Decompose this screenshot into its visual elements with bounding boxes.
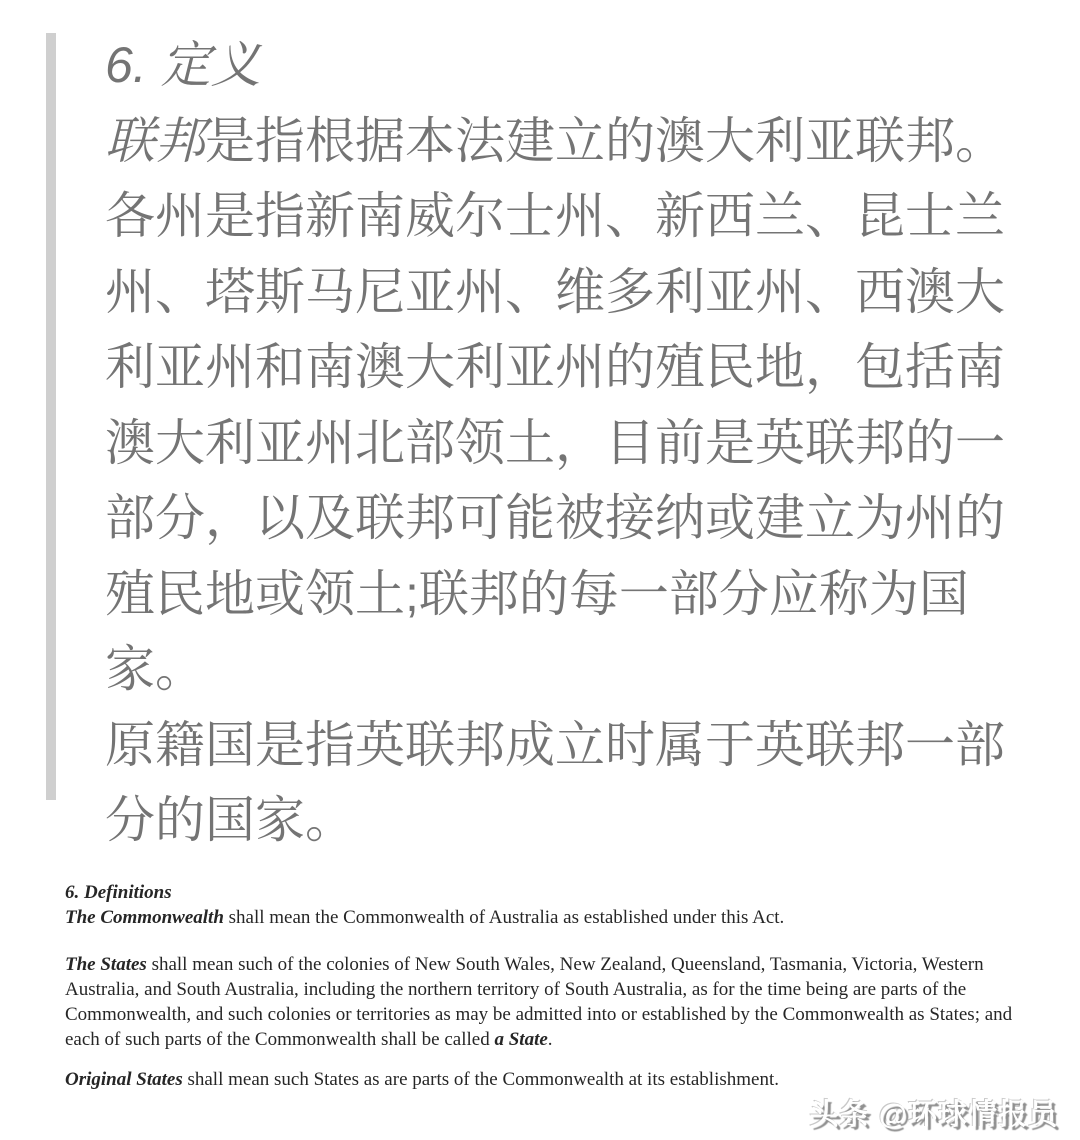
paragraph-zh-original-states-text: 原籍国是指英联邦成立时属于英联邦一部分的国家。: [105, 717, 1005, 849]
paragraph-en-original-states-text: shall mean such States as are parts of t…: [183, 1069, 779, 1090]
defined-term-en-states: The States: [65, 954, 147, 975]
chinese-text-block: 6. 定义 联邦是指根据本法建立的澳大利亚联邦。 各州是指新南威尔士州、新西兰、…: [105, 28, 1017, 859]
paragraph-zh-commonwealth-text: 是指根据本法建立的澳大利亚联邦。: [205, 113, 1005, 169]
defined-term-zh-commonwealth: 联邦: [105, 113, 205, 169]
paragraph-en-commonwealth-text: shall mean the Commonwealth of Australia…: [224, 907, 784, 928]
paragraph-en-original-states: Original States shall mean such States a…: [65, 1067, 1023, 1092]
english-text-block: 6. Definitions The Commonwealth shall me…: [65, 880, 1023, 1092]
watermark-toutiao: 头条 @环球情报员: [810, 1092, 1058, 1133]
section-heading-en: 6. Definitions: [65, 880, 1023, 905]
section-heading-zh: 6. 定义: [105, 28, 1017, 104]
paragraph-en-commonwealth: The Commonwealth shall mean the Commonwe…: [65, 905, 1023, 930]
left-margin-bar: [46, 33, 56, 800]
paragraph-zh-commonwealth: 联邦是指根据本法建立的澳大利亚联邦。: [105, 104, 1017, 180]
paragraph-en-states-text-end: .: [548, 1029, 553, 1050]
paragraph-zh-states: 各州是指新南威尔士州、新西兰、昆士兰州、塔斯马尼亚州、维多利亚州、西澳大利亚州和…: [105, 179, 1017, 708]
defined-term-en-commonwealth: The Commonwealth: [65, 907, 224, 928]
defined-term-en-a-state: a State: [494, 1029, 547, 1050]
paragraph-zh-original-states: 原籍国是指英联邦成立时属于英联邦一部分的国家。: [105, 708, 1017, 859]
paragraph-en-states: The States shall mean such of the coloni…: [65, 952, 1023, 1052]
paragraph-zh-states-text: 各州是指新南威尔士州、新西兰、昆士兰州、塔斯马尼亚州、维多利亚州、西澳大利亚州和…: [105, 188, 1005, 697]
defined-term-en-original-states: Original States: [65, 1069, 183, 1090]
